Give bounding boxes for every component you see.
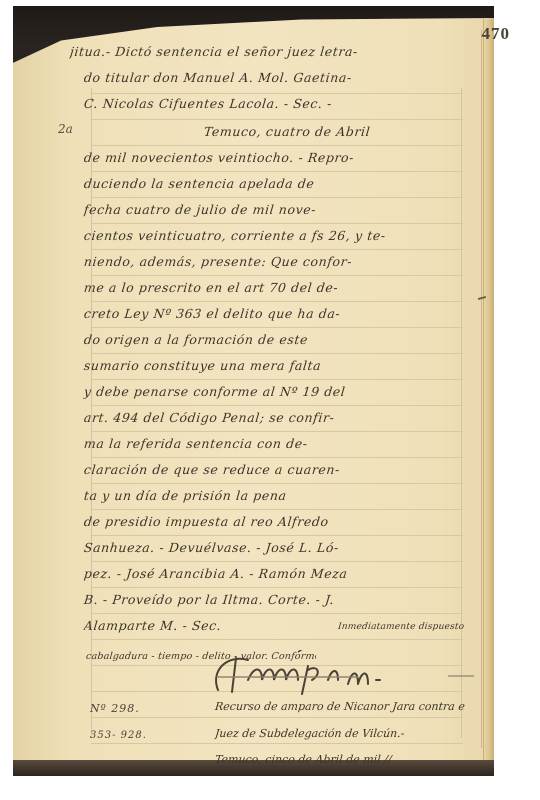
text-line: jitua.- Dictó sentencia el señor juez le…	[69, 44, 435, 59]
entry-reference: 353- 928.	[90, 730, 147, 741]
entry-line: Recurso de amparo de Nicanor Jara contra…	[214, 700, 465, 713]
text-line: Sanhueza. - Devuélvase. - José L. Ló-	[83, 540, 449, 555]
ruled-line	[91, 405, 463, 406]
margin-note: 2a	[58, 122, 73, 136]
page-number: 470	[482, 24, 511, 44]
ruled-line	[91, 743, 463, 744]
text-line: cientos veinticuatro, corriente a fs 26,…	[83, 228, 449, 243]
ruled-line	[91, 431, 463, 432]
right-margin-line	[461, 88, 462, 738]
signature-icon	[208, 650, 468, 696]
ruled-line	[91, 145, 463, 146]
text-line: me a lo prescrito en el art 70 del de-	[83, 280, 449, 295]
ruled-line	[91, 223, 463, 224]
ruled-line	[91, 639, 463, 640]
text-line: art. 494 del Código Penal; se confir-	[83, 410, 449, 425]
page-edge	[483, 18, 494, 766]
ruled-line	[91, 275, 463, 276]
text-line: ta y un día de prisión la pena	[83, 488, 449, 503]
entry-line: Temuco, cinco de Abril de mil //	[214, 753, 465, 766]
ruled-line	[91, 93, 463, 94]
annotation-note: Inmediatamente dispuesto - encabezadura …	[337, 622, 466, 632]
text-line: niendo, además, presente: Que confor-	[83, 254, 449, 269]
ruled-line	[91, 119, 463, 120]
text-line: sumario constituye una mera falta	[83, 358, 449, 373]
text-line: B. - Proveído por la Iltma. Corte. - J.	[83, 592, 449, 607]
ruled-line	[91, 301, 463, 302]
text-line: de presidio impuesta al reo Alfredo	[83, 514, 449, 529]
text-line: C. Nicolas Cifuentes Lacola. - Sec. -	[83, 96, 449, 111]
text-line: creto Ley Nº 363 el delito que ha da-	[83, 306, 449, 321]
ruled-line	[91, 379, 463, 380]
text-line: do origen a la formación de este	[83, 332, 449, 347]
ruled-line	[91, 249, 463, 250]
ruled-line	[91, 587, 463, 588]
text-line: pez. - José Arancibia A. - Ramón Meza	[83, 566, 449, 581]
text-line: fecha cuatro de julio de mil nove-	[83, 202, 449, 217]
text-line: y debe penarse conforme al Nº 19 del	[83, 384, 449, 399]
entry-line: Juez de Subdelegación de Vilcún.-	[214, 727, 465, 740]
signature-underline	[448, 675, 474, 677]
text-line: Temuco, cuatro de Abril	[83, 124, 449, 139]
signature-underline	[218, 676, 358, 678]
text-line: do titular don Manuel A. Mol. Gaetina-	[83, 70, 449, 85]
ruled-line	[91, 561, 463, 562]
page-edge-line	[481, 30, 482, 748]
ruled-line	[91, 535, 463, 536]
ruled-line	[91, 483, 463, 484]
ruled-line	[91, 171, 463, 172]
text-line: claración de que se reduce a cuaren-	[83, 462, 449, 477]
ruled-line	[91, 613, 463, 614]
text-line: Alamparte M. - Sec.	[83, 618, 225, 633]
ruled-line	[91, 197, 463, 198]
text-line: de mil novecientos veintiocho. - Repro-	[83, 150, 449, 165]
entry-number: Nº 298.	[90, 702, 140, 715]
ruled-line	[91, 353, 463, 354]
ruled-line	[91, 717, 463, 718]
ruled-line	[91, 457, 463, 458]
text-line: ma la referida sentencia con de-	[83, 436, 449, 451]
ruled-line	[91, 327, 463, 328]
text-line: duciendo la sentencia apelada de	[83, 176, 449, 191]
ruled-line	[91, 509, 463, 510]
